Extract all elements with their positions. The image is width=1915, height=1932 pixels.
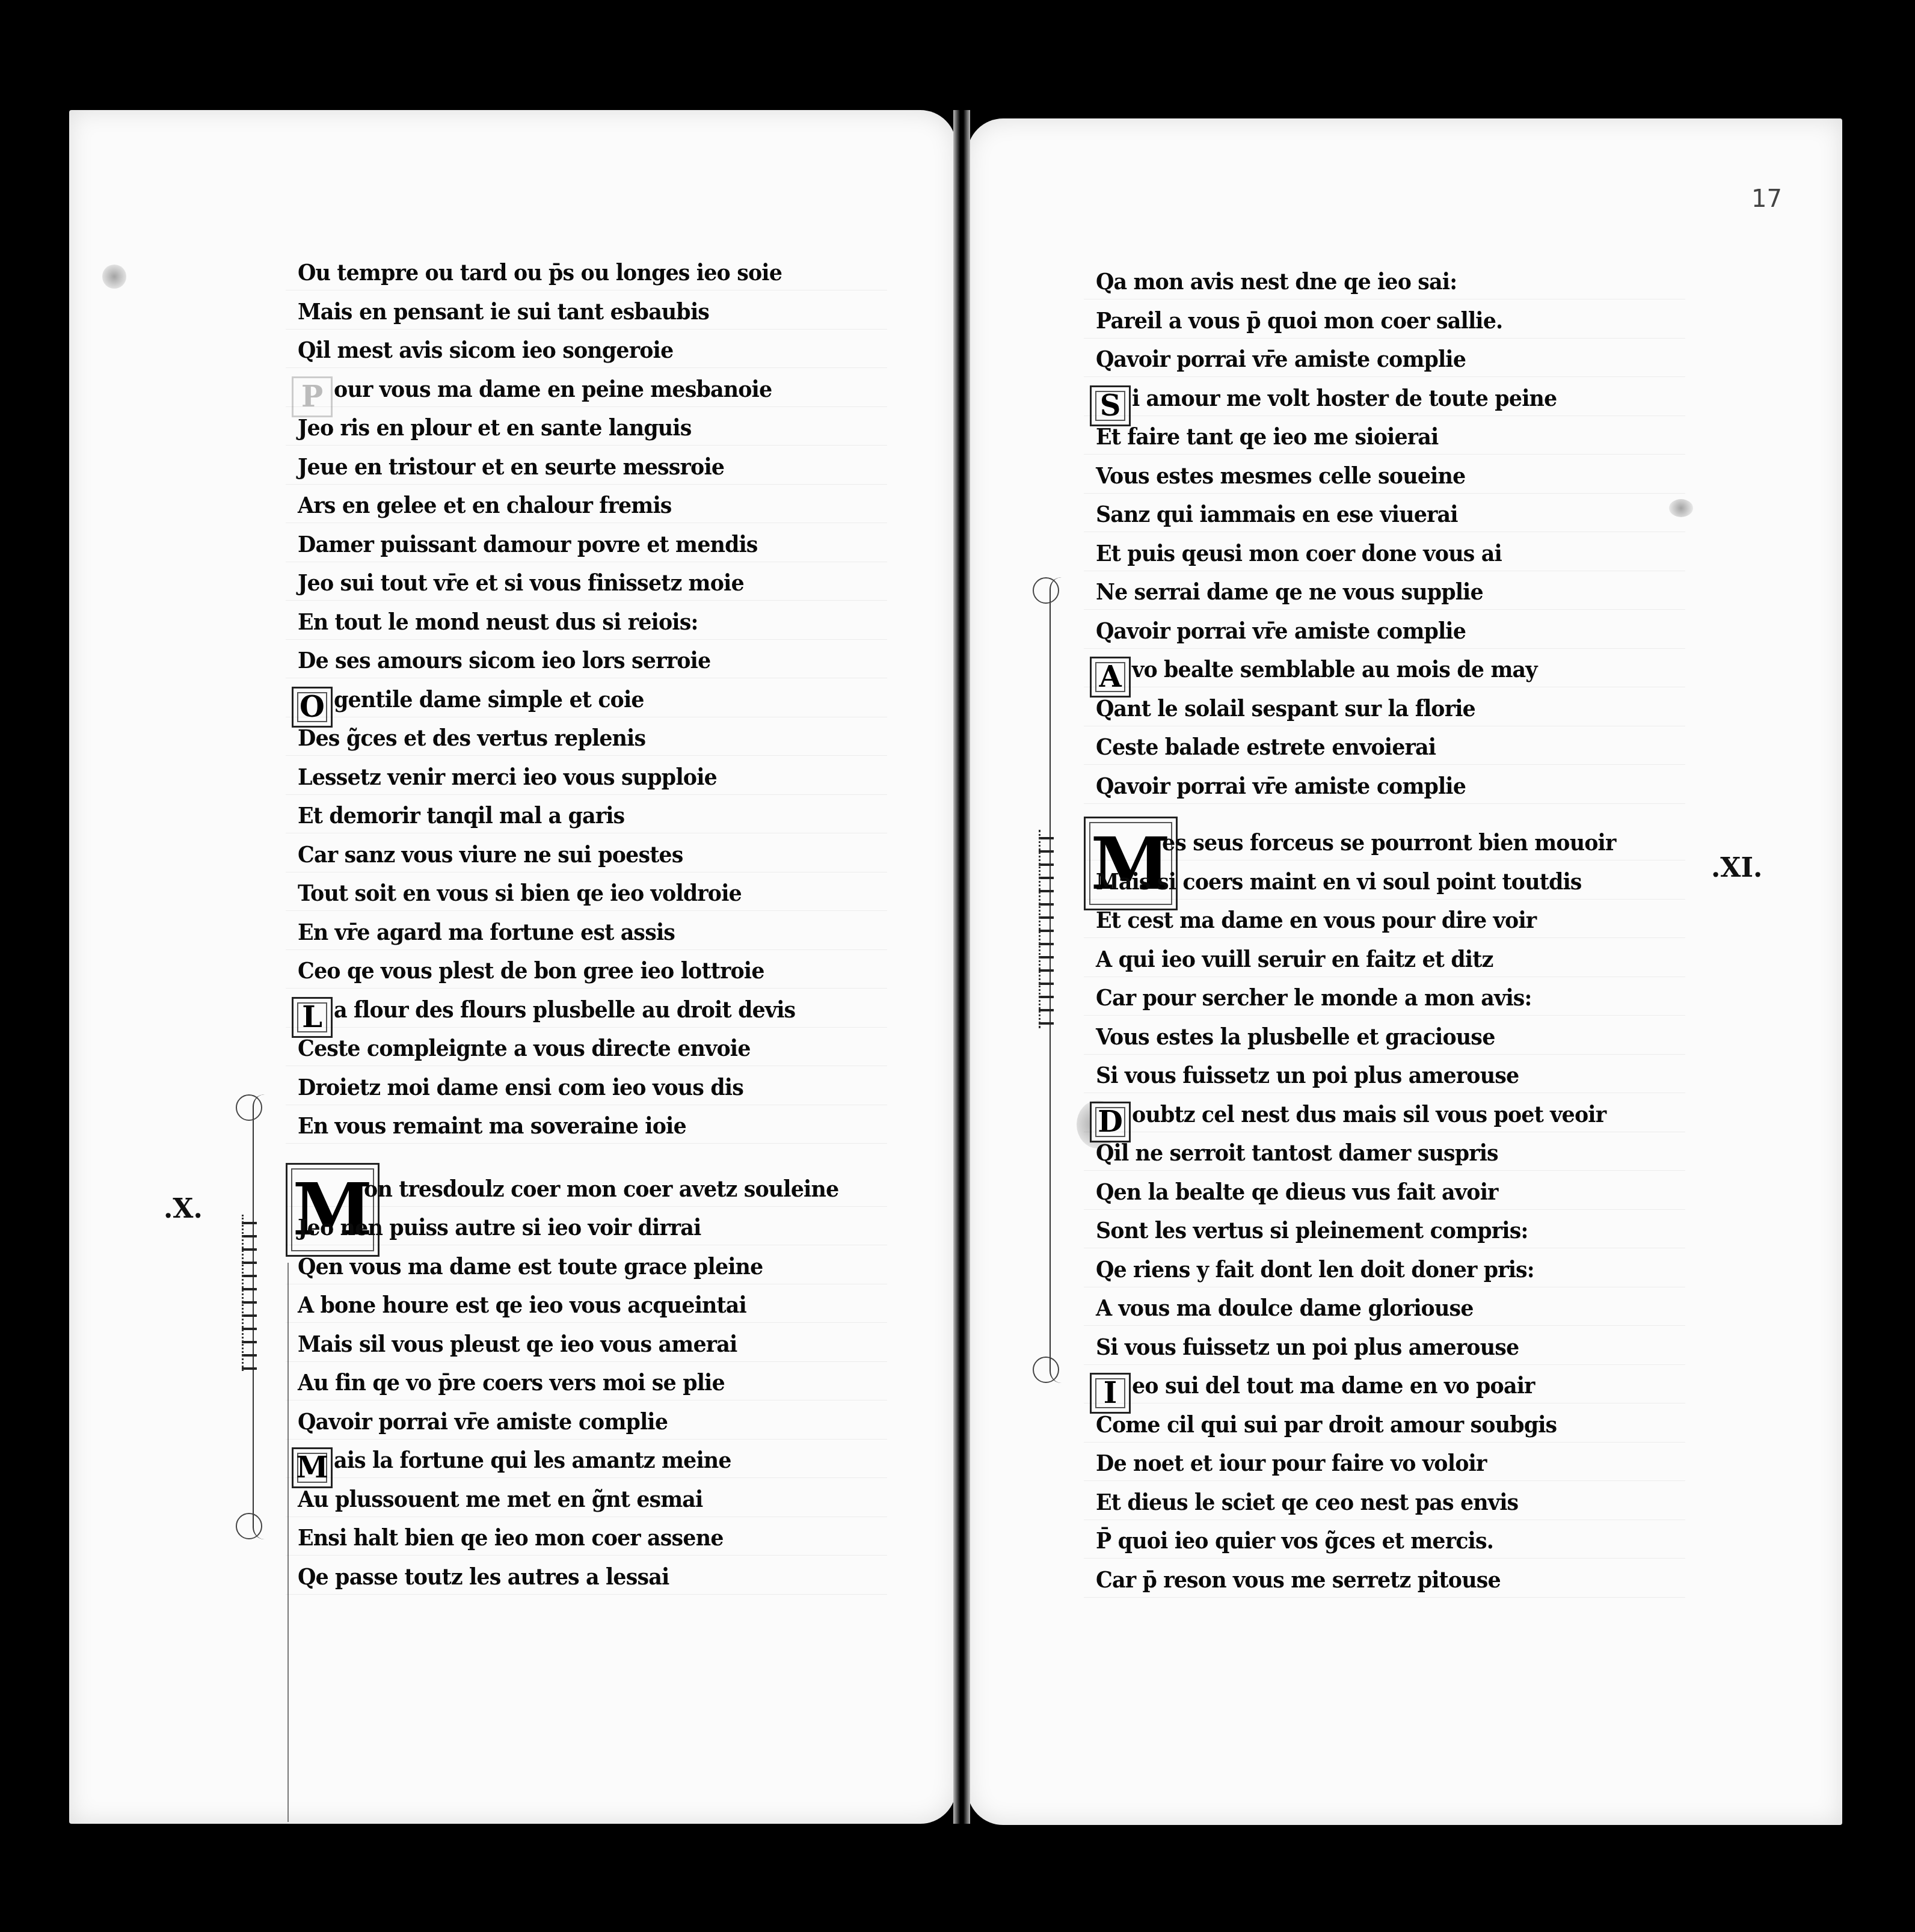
decorated-initial: I [1090, 1373, 1131, 1414]
verse-line: De noet et iour pour faire vo voloir [1096, 1449, 1486, 1476]
ruling-line [286, 484, 887, 485]
verse-line: ais la fortune qui les amantz meine [334, 1446, 731, 1473]
ruling-line [286, 1143, 887, 1144]
verse-line: Sont les vertus si pleinement compris: [1096, 1216, 1528, 1244]
verse-line: A qui ieo vuill seruir en faitz et ditz [1096, 945, 1493, 972]
decorated-initial: O [292, 687, 333, 728]
verse-line: Sanz qui iammais en ese viuerai [1096, 500, 1458, 527]
folio-number: 17 [1751, 185, 1782, 213]
verse-line: Si vous fuissetz un poi plus amerouse [1096, 1061, 1519, 1088]
ruling-line [1084, 1015, 1685, 1016]
verse-line: Tout soit en vous si bien qe ieo voldroi… [298, 879, 742, 906]
ruling-line [1084, 1442, 1685, 1443]
ruling-line [286, 1477, 887, 1478]
ruling-line [286, 1516, 887, 1517]
ruling-line [286, 329, 887, 330]
verse-line: eo sui del tout ma dame en vo poair [1132, 1372, 1535, 1399]
ruling-line [286, 794, 887, 795]
verse-line: on tresdoulz coer mon coer avetz soulein… [364, 1175, 838, 1202]
verse-line: Jeue en tristour et en seurte messroie [298, 453, 724, 480]
verse-line: A bone houre est qe ieo vous acqueintai [298, 1291, 746, 1318]
ruling-line [286, 949, 887, 950]
verse-line: En vous remaint ma soveraine ioie [298, 1112, 686, 1139]
verse-line: Des g̃ces et des vertus replenis [298, 724, 645, 751]
ruling-line [286, 717, 887, 717]
ruling-line [1084, 532, 1685, 532]
ruling-line [1084, 1209, 1685, 1210]
decorated-initial: S [1090, 385, 1131, 426]
verse-line: Qen vous ma dame est toute grace pleine [298, 1253, 763, 1280]
verse-line: Qe passe toutz les autres a lessai [298, 1563, 669, 1590]
verse-line: Vous estes mesmes celle soueine [1096, 462, 1465, 489]
verse-line: En tout le mond neust dus si reiois: [298, 608, 698, 635]
ruling-line [1084, 416, 1685, 416]
ruling-line [286, 1284, 887, 1284]
ruling-line [1084, 1520, 1685, 1520]
decorated-initial: D [1090, 1102, 1131, 1142]
ruling-line [1084, 376, 1685, 377]
ruling-line [1084, 977, 1685, 977]
ruling-line [1084, 1480, 1685, 1481]
verse-line: Ceste compleignte a vous directe envoie [298, 1034, 750, 1061]
verse-line: Vous estes la plusbelle et graciouse [1096, 1023, 1495, 1050]
ruling-line [1084, 571, 1685, 571]
verse-line: Et puis qeusi mon coer done vous ai [1096, 539, 1502, 566]
flourish-spiral [242, 1215, 257, 1371]
ruling-line [286, 523, 887, 523]
ruling-line [286, 833, 887, 833]
decorated-initial: P [292, 376, 333, 417]
ruling-line [1084, 1287, 1685, 1287]
ruling-line [286, 1400, 887, 1400]
verse-line: Qil mest avis sicom ieo songeroie [298, 336, 673, 363]
ruling-line [1084, 1597, 1685, 1598]
ruling-line [1084, 609, 1685, 610]
verse-line: Car sanz vous viure ne sui poestes [298, 841, 683, 868]
ruling-line [286, 988, 887, 989]
verse-line: es seus forceus se pourront bien mouoir [1162, 829, 1615, 856]
verse-line: oubtz cel nest dus mais sil vous poet ve… [1132, 1100, 1606, 1127]
verse-line: Qe riens y fait dont len doit doner pris… [1096, 1256, 1534, 1283]
verse-line: Et demorir tanqil mal a garis [298, 802, 624, 829]
decorated-initial: A [1090, 657, 1131, 698]
verse-line: Ensi halt bien qe ieo mon coer assene [298, 1524, 724, 1551]
verse-line: Mais en pensant ie sui tant esbaubis [298, 298, 709, 325]
verse-line: i amour me volt hoster de toute peine [1132, 384, 1557, 411]
verse-line: En vr̄e agard ma fortune est assis [298, 918, 675, 945]
verse-line: our vous ma dame en peine mesbanoie [334, 375, 772, 402]
ruling-line [1084, 1403, 1685, 1403]
verse-line: P̄ quoi ieo quier vos g̃ces et mercis. [1096, 1527, 1493, 1554]
ruling-line [1084, 1364, 1685, 1365]
verse-line: Ars en gelee et en chalour fremis [298, 491, 672, 518]
ruling-line [286, 678, 887, 678]
ruling-line [286, 639, 887, 640]
verse-line: Damer puissant damour povre et mendis [298, 530, 758, 557]
ruling-line [1084, 937, 1685, 938]
decorated-initial: L [292, 997, 333, 1038]
flourish-spiral [1039, 830, 1054, 1028]
ruling-line [1084, 764, 1685, 765]
ruling-line [286, 445, 887, 446]
verse-line: De ses amours sicom ieo lors serroie [298, 646, 710, 673]
verse-line: vo bealte semblable au mois de may [1132, 655, 1537, 682]
verse-line: Jeo sui tout vr̄e et si vous finissetz m… [298, 569, 744, 596]
ruling-line [286, 406, 887, 407]
verse-line: Lessetz venir merci ieo vous supploie [298, 763, 717, 790]
ruling-line [286, 910, 887, 911]
ruling-line [1084, 1170, 1685, 1171]
ballade-number-right: .XI. [1711, 853, 1762, 883]
verse-line: Au fin qe vo p̄re coers vers moi se plie [298, 1369, 725, 1396]
ruling-line [1084, 454, 1685, 455]
ruling-line [286, 1594, 887, 1595]
ruling-line [286, 1105, 887, 1105]
verse-line: Jeo nen puiss autre si ieo voir dirrai [298, 1213, 701, 1240]
marginal-flourish-left [253, 1094, 278, 1539]
decorated-initial: M [292, 1447, 333, 1488]
verse-line: Et faire tant qe ieo me sioierai [1096, 423, 1438, 450]
ruling-line [1084, 648, 1685, 649]
verse-line: Au plussouent me met en g̃nt esmai [298, 1485, 702, 1512]
verse-line: Qa mon avis nest dne qe ieo sai: [1096, 268, 1457, 295]
ruling-line [1084, 899, 1685, 900]
ballade-number-left: .X. [164, 1194, 203, 1224]
verse-line: Et cest ma dame en vous pour dire voir [1096, 906, 1536, 933]
verse-line: a flour des flours plusbelle au droit de… [334, 996, 795, 1023]
ruling-line [1084, 1093, 1685, 1093]
ruling-line [1084, 860, 1685, 860]
verse-line: Qavoir porrai vr̄e amiste complie [1096, 345, 1466, 372]
ruling-line [286, 367, 887, 368]
verse-line: Ceste balade estrete envoierai [1096, 733, 1436, 760]
verse-line: Ceo qe vous plest de bon gree ieo lottro… [298, 957, 764, 984]
verse-line: gentile dame simple et coie [334, 685, 644, 713]
verse-line: Qavoir porrai vr̄e amiste complie [1096, 617, 1466, 644]
verse-line: Qil ne serroit tantost damer suspris [1096, 1139, 1498, 1166]
ruling-line [286, 562, 887, 562]
ruling-line [286, 1027, 887, 1028]
verse-line: Qen la bealte qe dieus vus fait avoir [1096, 1178, 1498, 1205]
marginal-flourish-right [1050, 577, 1075, 1383]
ruling-line [1084, 1558, 1685, 1559]
verse-line: Car pour sercher le monde a mon avis: [1096, 984, 1532, 1011]
ruling-line [1084, 1132, 1685, 1132]
ruling-line [286, 1245, 887, 1245]
verse-line: Come cil qui sui par droit amour soubgis [1096, 1411, 1557, 1438]
ruling-line [286, 872, 887, 872]
ruling-line [1084, 803, 1685, 804]
ruling-line [286, 1206, 887, 1207]
ruling-line [1084, 1054, 1685, 1055]
verse-line: Mais sil vous pleust qe ieo vous amerai [298, 1330, 737, 1357]
ruling-line [286, 1322, 887, 1323]
verse-line: Qant le solail sespant sur la florie [1096, 695, 1475, 722]
verse-line: Qavoir porrai vr̄e amiste complie [298, 1408, 668, 1435]
verse-line: Si vous fuissetz un poi plus amerouse [1096, 1333, 1519, 1360]
ruling-line [286, 1439, 887, 1440]
verse-line: Et dieus le sciet qe ceo nest pas envis [1096, 1488, 1518, 1515]
ruling-line [286, 1066, 887, 1066]
verse-line: Car p̄ reson vous me serretz pitouse [1096, 1566, 1501, 1593]
verse-line: A vous ma doulce dame gloriouse [1096, 1294, 1474, 1321]
ruling-line [286, 1361, 887, 1362]
ink-smudge [102, 265, 126, 289]
ruling-line [286, 755, 887, 756]
fold-line [287, 1263, 289, 1822]
verse-line: Mais si coers maint en vi soul point tou… [1096, 868, 1582, 895]
ruling-line [1084, 338, 1685, 339]
ruling-line [1084, 1325, 1685, 1326]
ruling-line [1084, 493, 1685, 494]
verse-line: Qavoir porrai vr̄e amiste complie [1096, 772, 1466, 799]
ruling-line [1084, 726, 1685, 726]
verse-line: Jeo ris en plour et en sante languis [298, 414, 691, 441]
ruling-line [1084, 299, 1685, 299]
ink-smudge [1669, 499, 1693, 517]
ruling-line [286, 600, 887, 601]
gutter [953, 110, 970, 1824]
verse-line: Pareil a vous p̄ quoi mon coer sallie. [1096, 307, 1502, 334]
ruling-line [286, 1555, 887, 1556]
ruling-line [1084, 1248, 1685, 1248]
verse-line: Droietz moi dame ensi com ieo vous dis [298, 1073, 743, 1100]
ruling-line [286, 290, 887, 290]
verse-line: Ou tempre ou tard ou p̄s ou longes ieo s… [298, 259, 782, 286]
ruling-line [1084, 687, 1685, 687]
verse-line: Ne serrai dame qe ne vous supplie [1096, 578, 1483, 605]
